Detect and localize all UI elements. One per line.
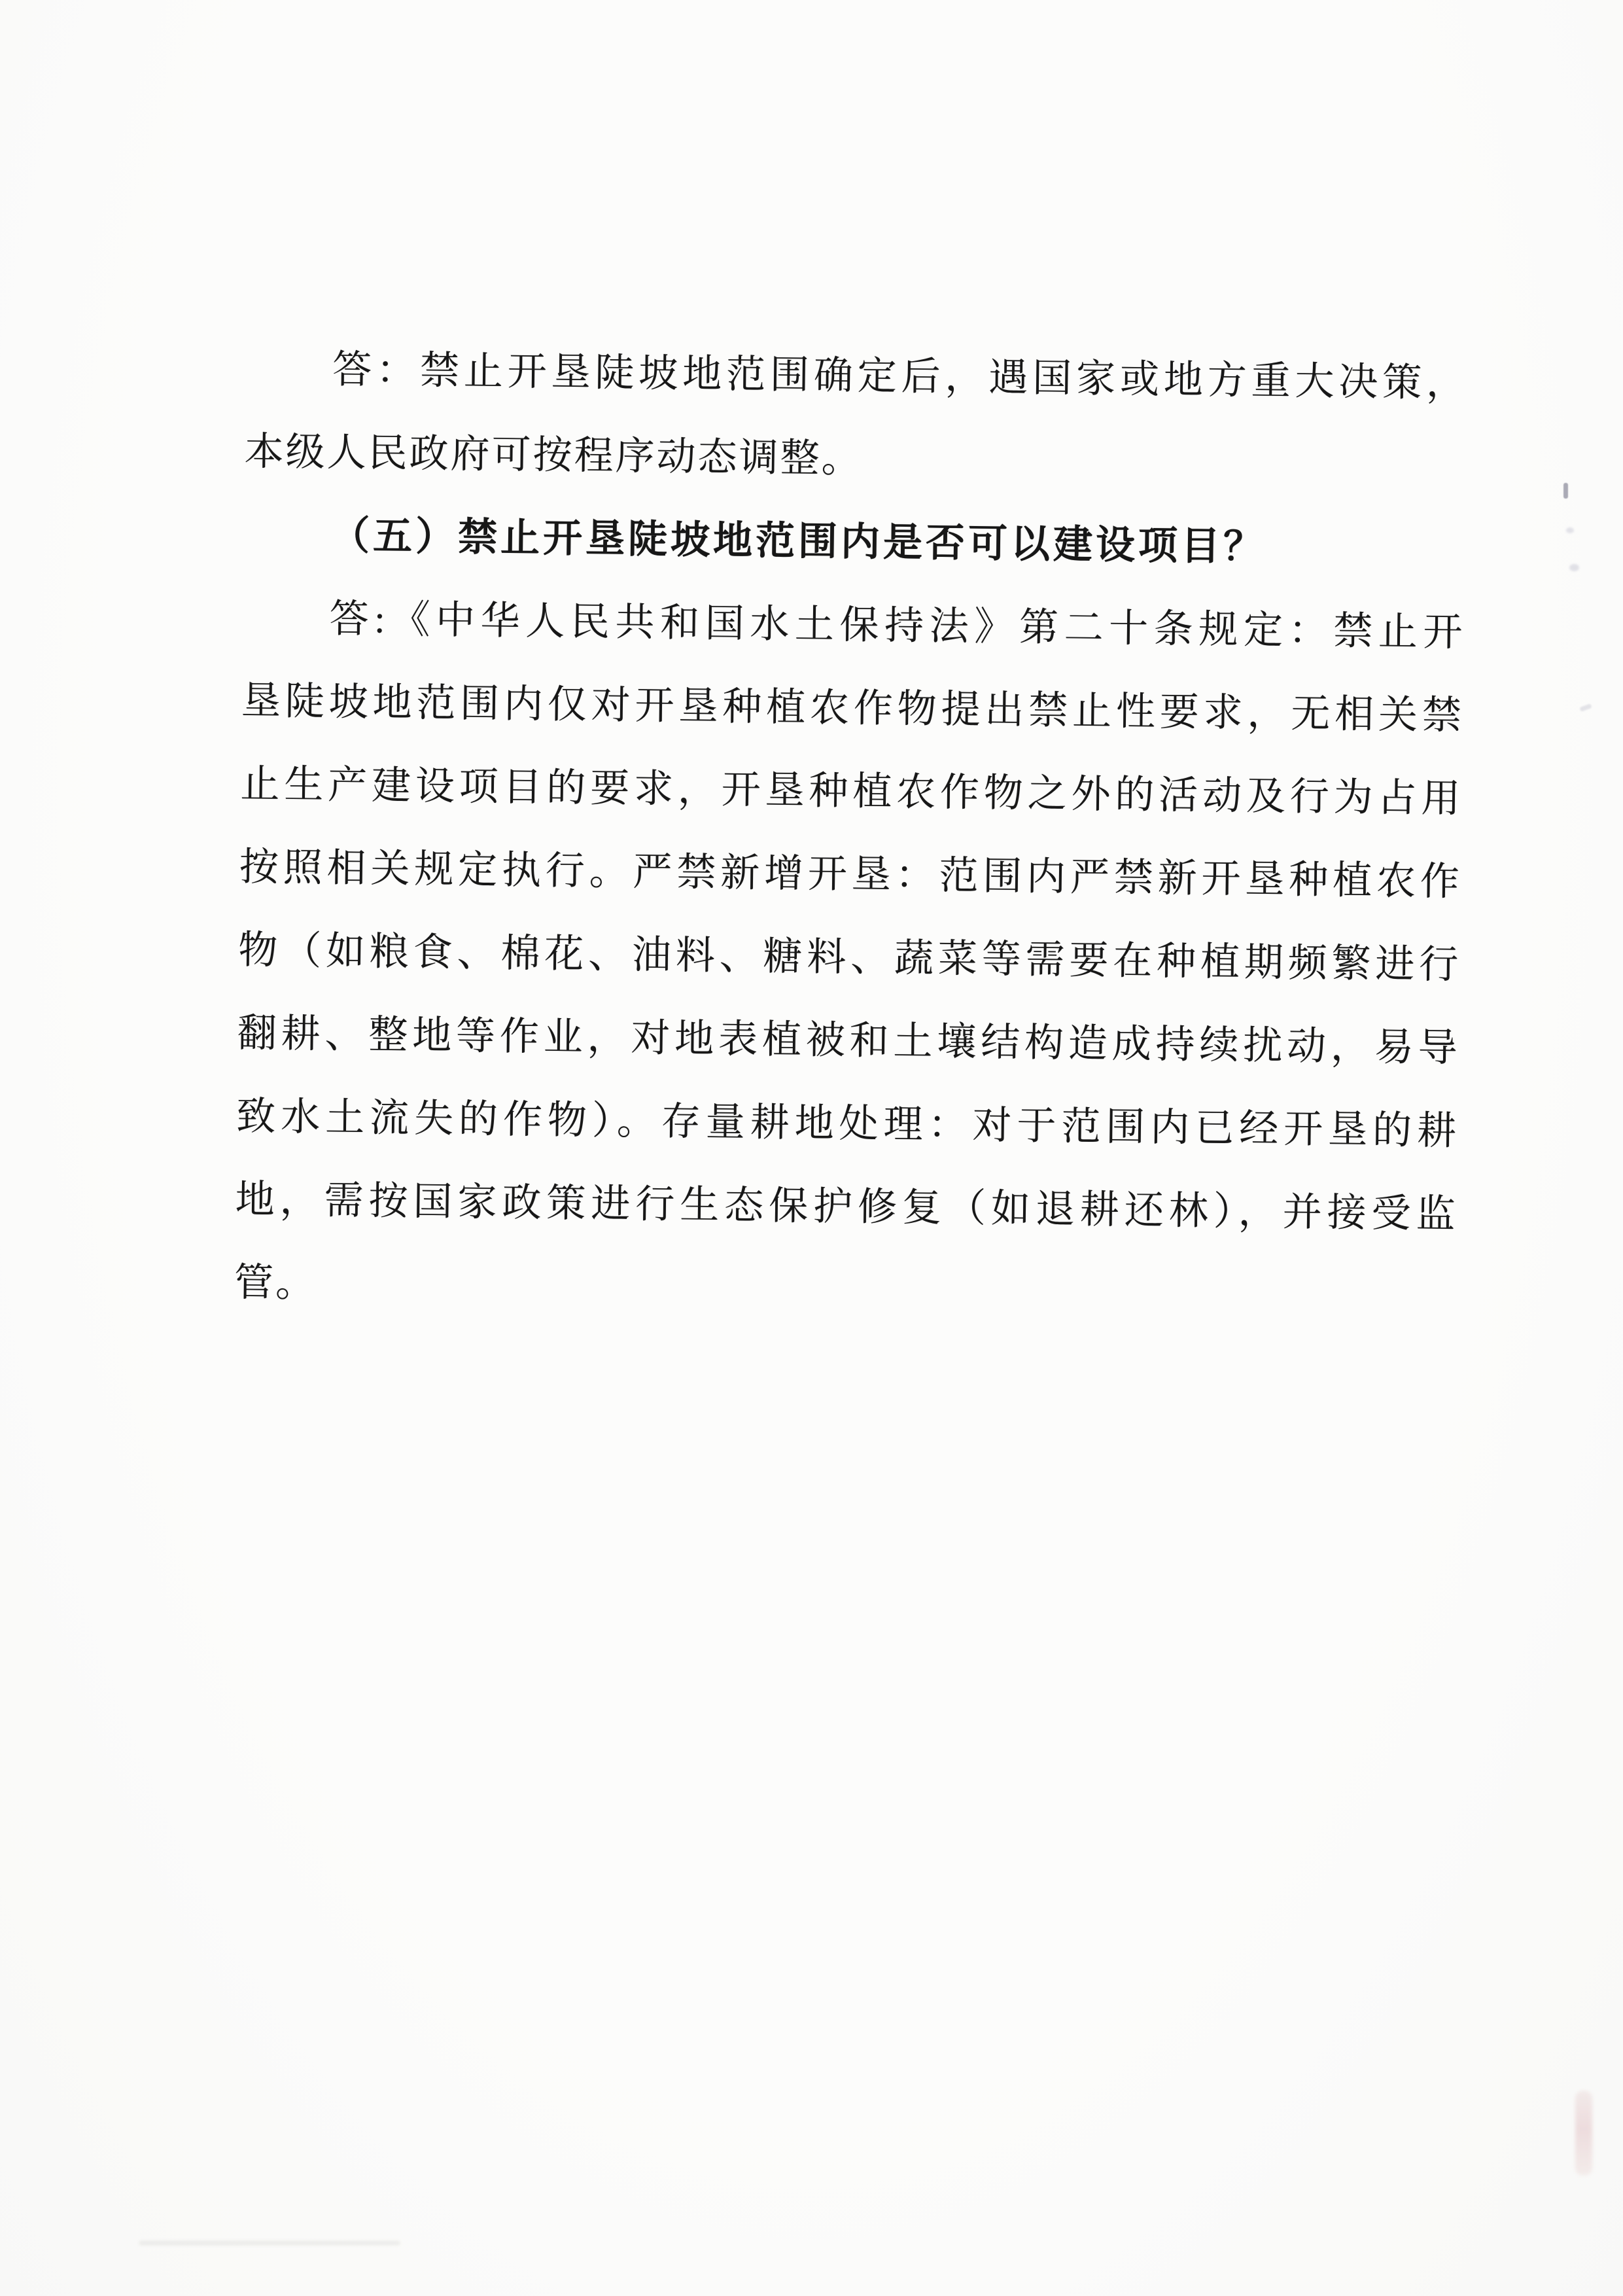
scan-artifact xyxy=(1563,483,1568,499)
scan-artifact xyxy=(1575,2091,1592,2176)
document-line: 管。 xyxy=(234,1241,1456,1339)
scan-artifact xyxy=(1566,527,1574,533)
document-line: 按照相关规定执行。严禁新增开垦：范围内严禁新开垦种植农作 xyxy=(239,826,1461,924)
document-line: 致水土流失的作物）。存量耕地处理：对于范围内已经开垦的耕 xyxy=(236,1075,1458,1173)
question-heading: （五）禁止开垦陡坡地范围内是否可以建设项目？ xyxy=(243,493,1465,592)
document-line: 物（如粮食、棉花、油料、糖料、蔬菜等需要在种植期频繁进行 xyxy=(238,909,1461,1007)
document-text-block: 答：禁止开垦陡坡地范围确定后，遇国家或地方重大决策， 本级人民政府可按程序动态调… xyxy=(234,327,1467,1339)
document-line: 垦陡坡地范围内仅对开垦种植农作物提出禁止性要求，无相关禁 xyxy=(241,660,1463,758)
scan-artifact xyxy=(1579,703,1592,712)
document-line: 答:《中华人民共和国水土保持法》第二十条规定：禁止开 xyxy=(242,576,1465,675)
document-page: 答：禁止开垦陡坡地范围确定后，遇国家或地方重大决策， 本级人民政府可按程序动态调… xyxy=(0,0,1623,2296)
scan-artifact xyxy=(1569,564,1579,571)
scan-artifact xyxy=(139,2240,400,2246)
document-line: 答：禁止开垦陡坡地范围确定后，遇国家或地方重大决策， xyxy=(245,327,1467,425)
document-line: 止生产建设项目的要求，开垦种植农作物之外的活动及行为占用 xyxy=(240,743,1463,841)
document-line: 翻耕、整地等作业，对地表植被和土壤结构造成持续扰动，易导 xyxy=(237,992,1459,1090)
document-line: 地，需按国家政策进行生态保护修复（如退耕还林），并接受监 xyxy=(235,1158,1457,1256)
document-line: 本级人民政府可按程序动态调整。 xyxy=(244,410,1467,508)
